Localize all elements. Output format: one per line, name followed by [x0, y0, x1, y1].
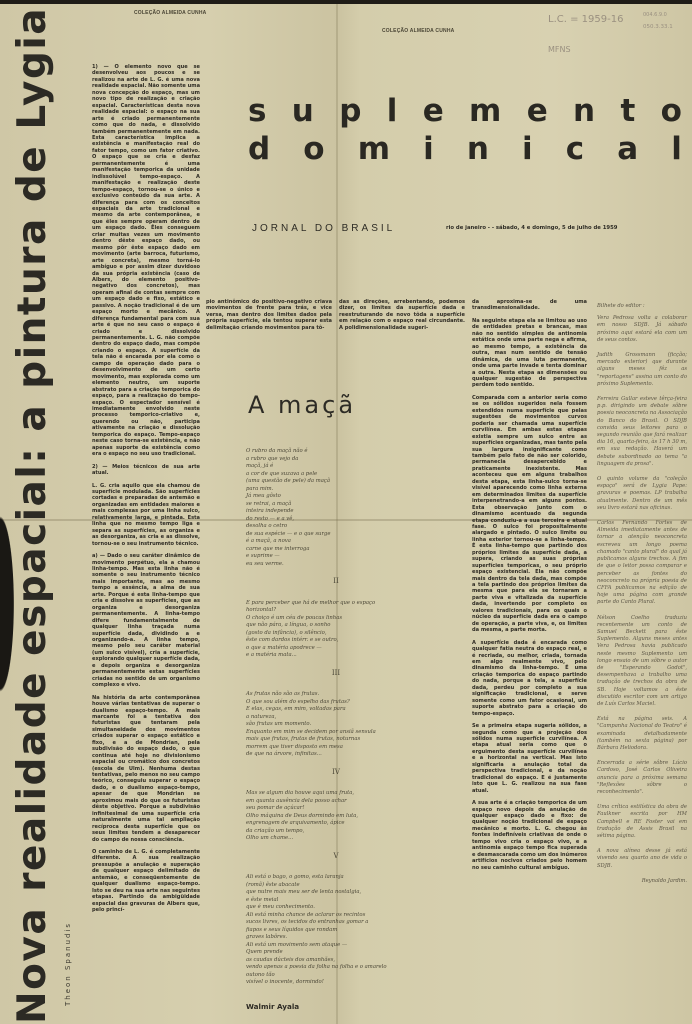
note-item: Ferreira Gullar esteve têrça-feira p.p. …	[597, 396, 687, 468]
poem-line: Ali está o bago, o gomo, esta laranja	[246, 874, 446, 882]
article-column-2-top: pio antinômico do positivo-negativo cria…	[206, 299, 332, 337]
article-column-3-top: das as direções, arrebentando, podemos d…	[339, 299, 465, 337]
poem-line: e suprime —	[246, 553, 446, 561]
poem-line: em quanta ausência dela posso achar	[246, 798, 446, 806]
poem-line: horizontal?	[246, 607, 446, 615]
poem-stanza: Ali está o bago, o gomo, esta laranja(ro…	[246, 874, 446, 987]
poem-line: de que na árvore, infinitas...	[246, 751, 446, 759]
poem-line: a rubro que vejo da	[246, 456, 446, 464]
poem-line: As frutas não são as frutas.	[246, 691, 446, 699]
poem-line: graves labôres.	[246, 934, 446, 942]
poem-line: Enquanto em mim se decidem por ansiã sen…	[246, 729, 446, 737]
article-paragraph: 1) — O elemento novo que se desenvolveu …	[92, 64, 200, 458]
article-paragraph: da aproxima-se de uma transdimensionalid…	[472, 299, 587, 312]
article-author: Theon Spanudis	[64, 922, 72, 1006]
masthead-letter: s	[248, 93, 266, 129]
poem-line: Quem prende	[246, 949, 446, 957]
poem-line: Ali está minha chance de aclarar os reci…	[246, 912, 446, 920]
poem-line: O choiço é um céu de poucas linhas	[246, 615, 446, 623]
poem-line: da criação um tempo,	[246, 828, 446, 836]
poem-body: O rubro da maçã não éa rubro que vejo da…	[246, 448, 446, 987]
masthead-letter: d	[248, 131, 270, 167]
masthead-letter: e	[423, 93, 444, 129]
poem-line: do resto — e a vê,	[246, 516, 446, 524]
masthead-letter: o	[661, 93, 682, 129]
note-item: Está na página seis. A "Campanha Naciona…	[597, 716, 687, 752]
article-paragraph: A sua arte é a criação temporica de um e…	[472, 800, 587, 871]
poem-line: outono tão	[246, 972, 446, 980]
stanza-number: II	[246, 578, 426, 586]
poem-line: Já meu gôsto	[246, 493, 446, 501]
stanza-number: IV	[246, 769, 426, 777]
article-column-4: da aproxima-se de uma transdimensionalid…	[472, 299, 587, 877]
poem-line: morrem que tiver disposto em mesa	[246, 744, 446, 752]
note-item: Encerrada a série sôbre Lúcio Cardoso, J…	[597, 760, 687, 796]
note-item: Judith Grossmann (ficção; mercado exteri…	[597, 352, 687, 388]
poem-line: vendo apenas a poesia da folha na folha …	[246, 964, 446, 972]
masthead-letter: m	[358, 131, 390, 167]
masthead-letter: n	[467, 131, 489, 167]
note-item: Nélson Coelho traduziu recentemente um c…	[597, 615, 687, 709]
poem-line: são frutas um momento.	[246, 721, 446, 729]
masthead-letter: u	[292, 93, 314, 129]
stanza-number: III	[246, 670, 426, 678]
poem-line: de sua espécie — e o que surge	[246, 531, 446, 539]
masthead-letter: n	[573, 93, 595, 129]
note-item: Uma crítica estilística da obra de Faulk…	[597, 804, 687, 840]
masthead-line-1: suplemento	[248, 93, 682, 129]
masthead-letter: c	[566, 131, 584, 167]
masthead-letter: l	[387, 93, 398, 129]
poem-line: E elas, cegas, em mim, voltadas para	[246, 706, 446, 714]
collection-stamp-left: COLEÇÃO ALMEIDA CUNHA	[134, 10, 206, 16]
note-item: O quinto volume da "coleção espaço" será…	[597, 476, 687, 512]
newspaper-brand: JORNAL DO BRASIL	[252, 223, 395, 234]
poem-line: para mim.	[246, 486, 446, 494]
poem-line: mais que frutas, frutas de frutas, notur…	[246, 736, 446, 744]
masthead-letter: i	[522, 131, 533, 167]
poem-line: Mas se algum dia houve aqui uma fruta,	[246, 790, 446, 798]
poem-stanza: As frutas não são as frutas.O que sou al…	[246, 691, 446, 759]
article-paragraph: A superfície dada é encarada como qualqu…	[472, 640, 587, 717]
article-paragraph: Na seguinte etapa ela se limitou ao uso …	[472, 318, 587, 389]
archive-pencil-code: L.C. = 1959-16	[548, 14, 623, 25]
notes-signature: Reynaldo Jardim.	[597, 878, 687, 885]
poem-line: seu pomar de açúcar!	[246, 805, 446, 813]
collection-stamp-right: COLEÇÃO ALMEIDA CUNHA	[382, 28, 454, 34]
poem-line: eu seu verme.	[246, 561, 446, 569]
article-title: Nova realidade espacial: a pintura de Ly…	[10, 4, 55, 1024]
article-paragraph: pio antinômico do positivo-negativo cria…	[206, 299, 332, 331]
poem-line: O que sou além do espelho das frutas?	[246, 699, 446, 707]
masthead-letter: p	[339, 93, 361, 129]
article-paragraph: O caminho de L. G. é completamente difer…	[92, 849, 200, 914]
poem-stanza: E para perceber que há de melhor que o e…	[246, 600, 446, 660]
poem-line: engrenagem de arquivamento, ápice	[246, 820, 446, 828]
poem-line: as caudas dúcteis dos amanhães,	[246, 957, 446, 965]
poem-stanza: O rubro da maçã não éa rubro que vejo da…	[246, 448, 446, 568]
note-item: A nova alínea desse já está vivendo seu …	[597, 848, 687, 870]
notes-header: Bilhete do editor :	[597, 303, 687, 310]
poem-line: o que a matéria apodrece —	[246, 645, 446, 653]
archive-code-top: 004.6.9.0	[643, 12, 667, 18]
article-paragraph: a) — Dado o seu caráter dinâmico de movi…	[92, 553, 200, 689]
newspaper-page: COLEÇÃO ALMEIDA CUNHA COLEÇÃO ALMEIDA CU…	[0, 4, 692, 1024]
poem-title: A maçã	[248, 391, 356, 419]
note-item: Vera Pedrosa volta a colaborar em nosso …	[597, 315, 687, 344]
article-paragraph: Se a primeira etapa sugeria sólidos, a s…	[472, 723, 587, 794]
poem-line: (gosto da infância), o silêncio,	[246, 630, 446, 638]
masthead-letter: i	[423, 131, 434, 167]
poem-author: Walmir Ayala	[246, 1002, 299, 1011]
poem-line: Olho máquina de Deus dormindo em luta,	[246, 813, 446, 821]
poem-line: fiapos e seus líquidos que rondam	[246, 927, 446, 935]
article-paragraph: Comparada com a anterior seria como se o…	[472, 395, 587, 634]
poem-line: inteira independe	[246, 508, 446, 516]
article-paragraph: 2) — Meios técnicos de sua arte atual.	[92, 464, 200, 477]
poem-line: desolha o cetro	[246, 523, 446, 531]
poem-line: é a maçã, a nova	[246, 538, 446, 546]
poem-line: E para perceber que há de melhor que o e…	[246, 600, 446, 608]
masthead-letter: o	[303, 131, 324, 167]
poem-line: a cor de que suzava a pele	[246, 471, 446, 479]
editor-notes: Bilhete do editor :Vera Pedrosa volta a …	[597, 303, 687, 893]
masthead-letter: l	[671, 131, 682, 167]
masthead-letter: t	[620, 93, 635, 129]
archive-code-bottom: 050.3.33.1	[643, 24, 673, 30]
poem-line: que não pára, a língua, o sonho	[246, 622, 446, 630]
poem-line: e a matéria mata...	[246, 652, 446, 660]
poem-line: êste com dardos intérr. e se outro,	[246, 637, 446, 645]
article-paragraph: L. G. cria aquilo que ela chamou de supe…	[92, 483, 200, 548]
archive-initials: MFNS	[548, 45, 571, 54]
masthead-letter: m	[469, 93, 501, 129]
poem-line: (uma questão de pele) da maçã	[246, 478, 446, 486]
masthead-letter: e	[527, 93, 548, 129]
poem-stanza: Mas se algum dia houve aqui uma fruta,em…	[246, 790, 446, 843]
article-paragraph: Na história da arte contemporânea houve …	[92, 695, 200, 843]
poem-line: Ali está um movimento sem ataque —	[246, 942, 446, 950]
poem-line: se retrai, a maçã	[246, 501, 446, 509]
poem-line: Olho um chame...	[246, 835, 446, 843]
poem-line: a natureza,	[246, 714, 446, 722]
note-item: Carlos Fernando Fortes de Almeida imedia…	[597, 520, 687, 606]
poem-line: O rubro da maçã não é	[246, 448, 446, 456]
poem-line: sucos livres, os tecidos do entranhas go…	[246, 919, 446, 927]
article-column-1: 1) — O elemento novo que se desenvolveu …	[92, 64, 200, 920]
poem-line: visível o inocente, dormindo!	[246, 979, 446, 987]
poem-line: (romã) êste abacate	[246, 882, 446, 890]
article-paragraph: das as direções, arrebentando, podemos d…	[339, 299, 465, 331]
poem-line: que é meu conhecimento.	[246, 904, 446, 912]
poem-line: que nutre mais meu ser de lenta nostalgi…	[246, 889, 446, 897]
poem-line: maçã, já é	[246, 463, 446, 471]
poem-line: carne que me interroga	[246, 546, 446, 554]
stanza-number: V	[246, 853, 426, 861]
masthead-line-2: dominical	[248, 131, 682, 167]
poem-line: e êste meial	[246, 897, 446, 905]
dateline: rio de janeiro - - sábado, 4 e domingo, …	[446, 225, 617, 231]
masthead-letter: a	[617, 131, 638, 167]
